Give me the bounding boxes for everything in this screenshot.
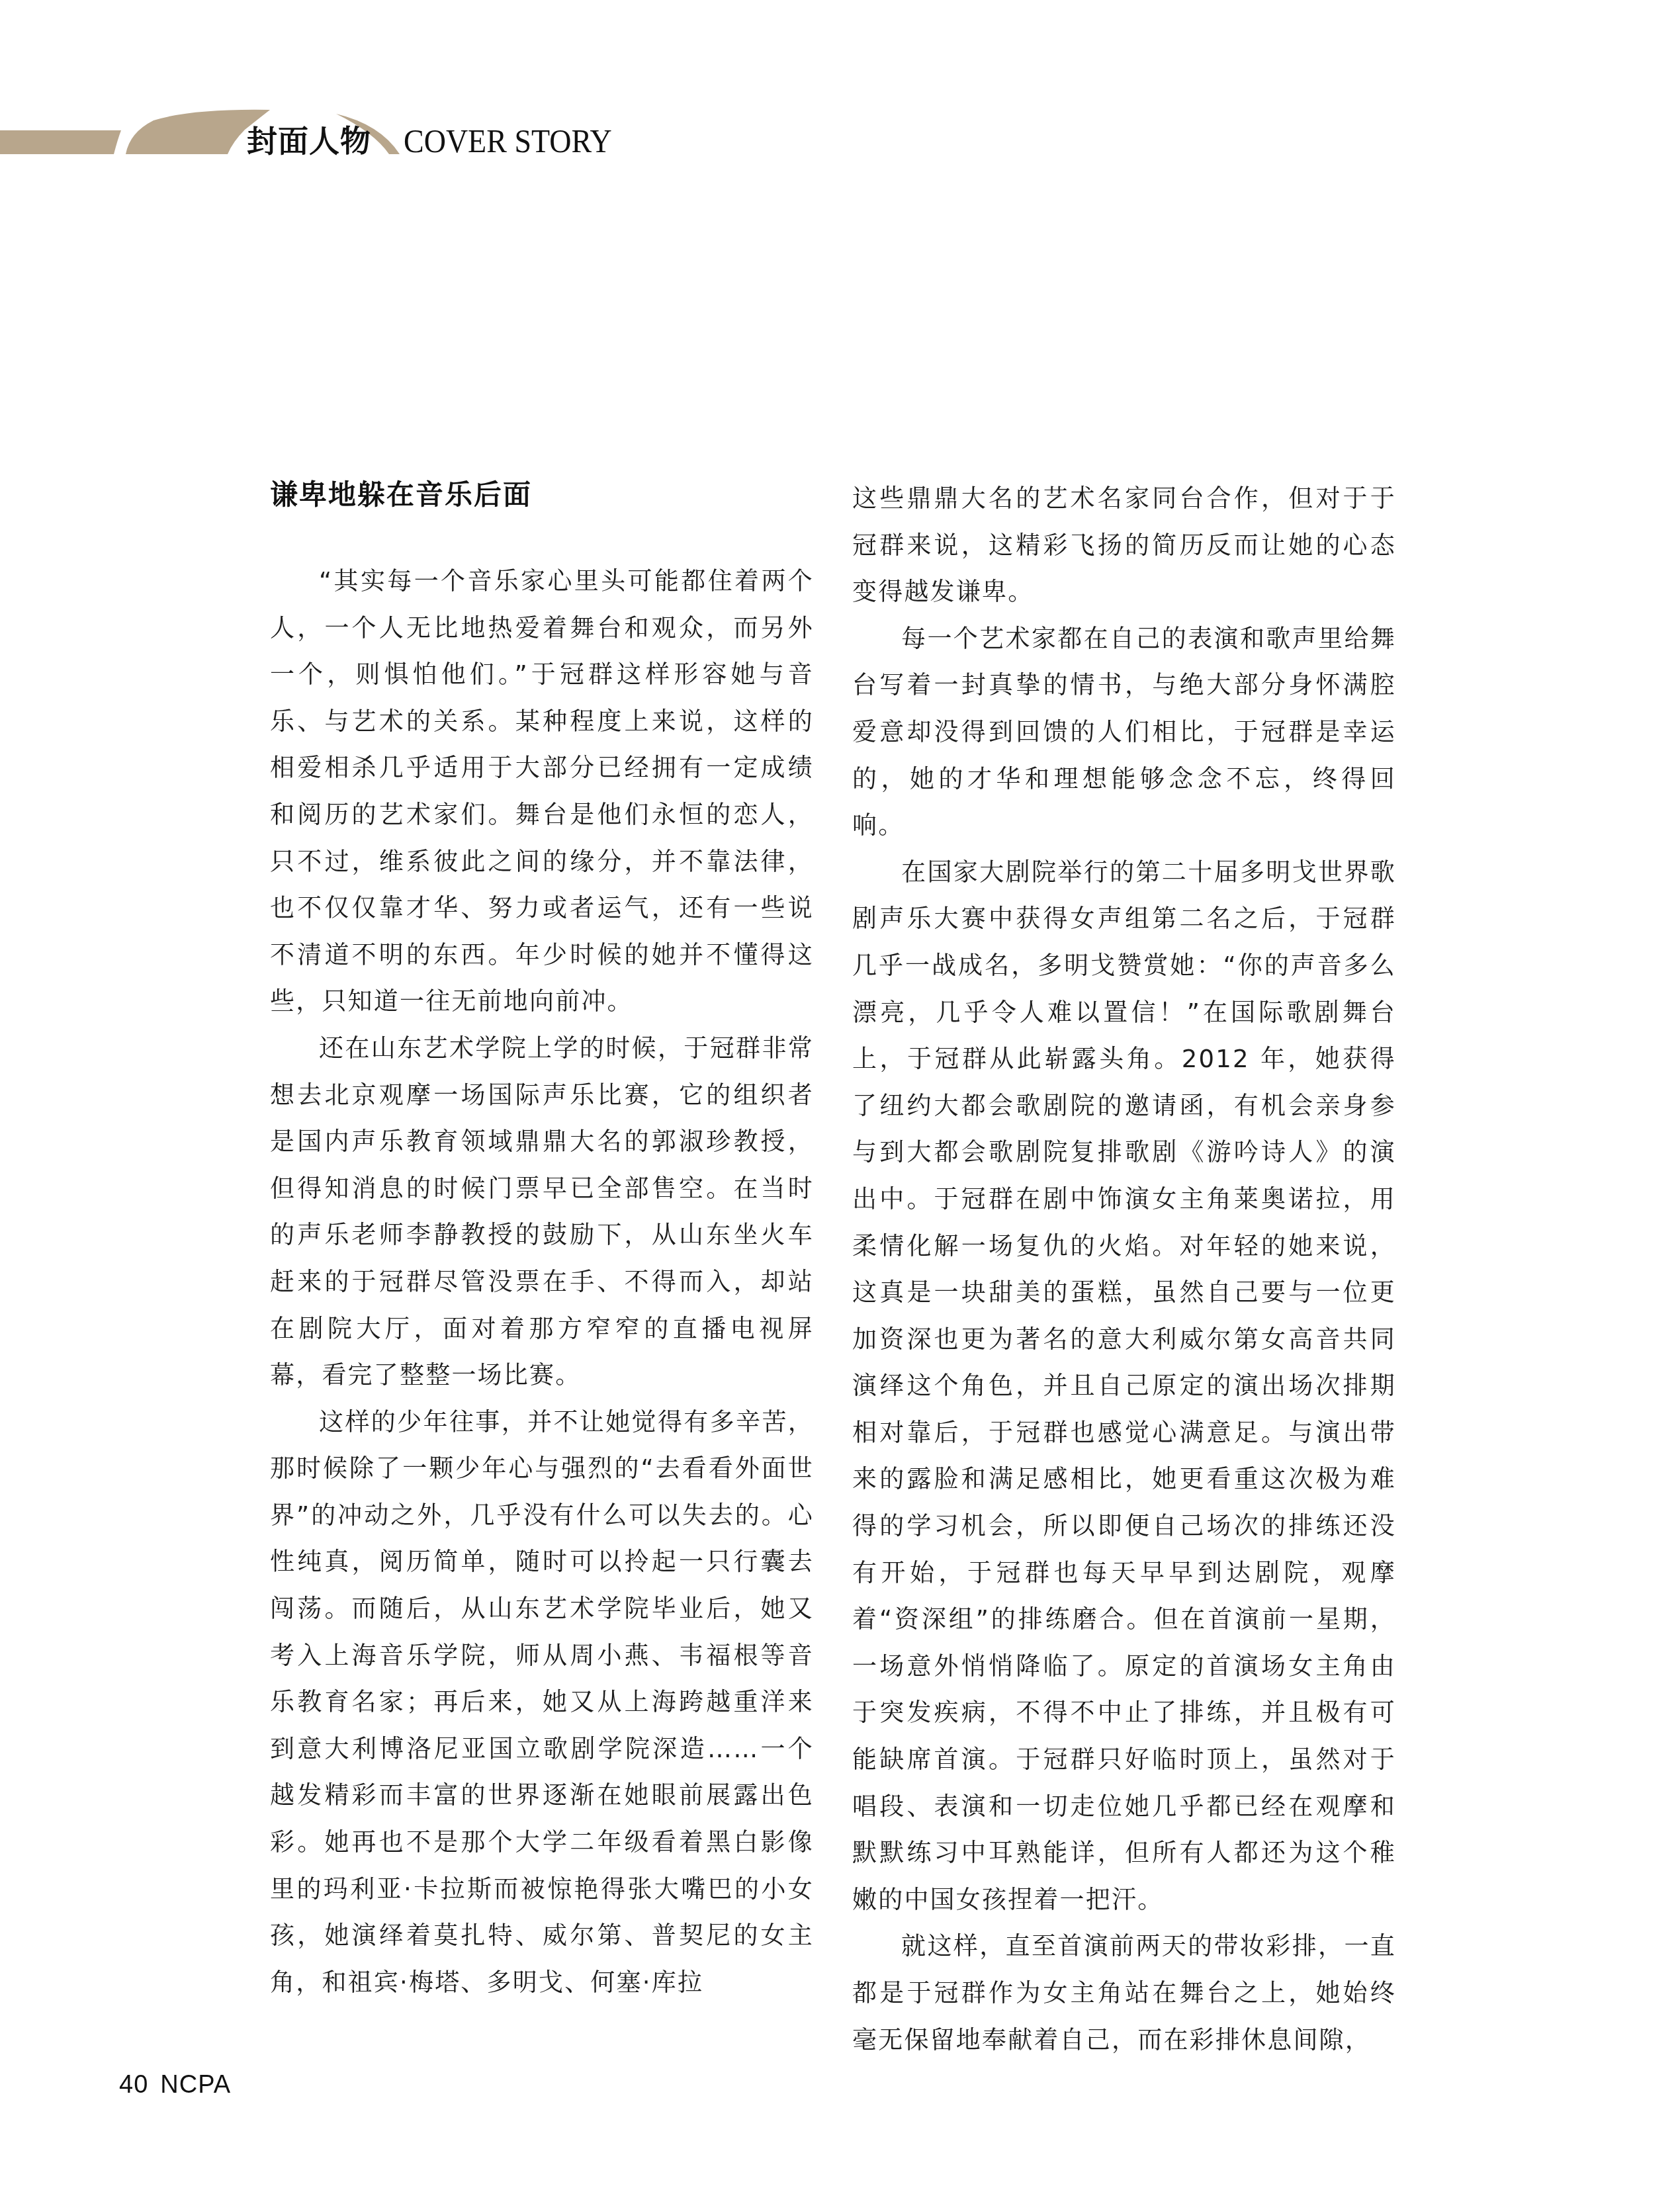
- paragraph: “其实每一个音乐家心里头可能都住着两个人，一个人无比地热爱着舞台和观众，而另外一…: [270, 558, 814, 1026]
- page-footer: 40NCPA: [119, 2071, 243, 2099]
- paragraph: 这样的少年往事，并不让她觉得有多辛苦，那时候除了一颗少年心与强烈的“去看看外面世…: [270, 1399, 814, 2007]
- article-column-left: “其实每一个音乐家心里头可能都住着两个人，一个人无比地热爱着舞台和观众，而另外一…: [270, 558, 814, 2006]
- paragraph: 就这样，直至首演前两天的带妆彩排，一直都是于冠群作为女主角站在舞台之上，她始终毫…: [852, 1923, 1396, 2064]
- paragraph: 还在山东艺术学院上学的时候，于冠群非常想去北京观摩一场国际声乐比赛，它的组织者是…: [270, 1026, 814, 1399]
- section-label-cn: 封面人物: [247, 124, 371, 157]
- band-bar-shape: [0, 130, 121, 154]
- paragraph: 每一个艺术家都在自己的表演和歌声里给舞台写着一封真挚的情书，与绝大部分身怀满腔爱…: [852, 616, 1396, 850]
- publication-name: NCPA: [160, 2071, 231, 2099]
- page-number: 40: [119, 2071, 148, 2099]
- article-column-right: 这些鼎鼎大名的艺术名家同台合作，但对于于冠群来说，这精彩飞扬的简历反而让她的心态…: [852, 476, 1396, 2064]
- paragraph: 这些鼎鼎大名的艺术名家同台合作，但对于于冠群来说，这精彩飞扬的简历反而让她的心态…: [852, 476, 1396, 616]
- paragraph: 在国家大剧院举行的第二十届多明戈世界歌剧声乐大赛中获得女声组第二名之后，于冠群几…: [852, 850, 1396, 1924]
- section-heading: 谦卑地躲在音乐后面: [270, 478, 532, 511]
- section-label-en: COVER STORY: [404, 123, 612, 159]
